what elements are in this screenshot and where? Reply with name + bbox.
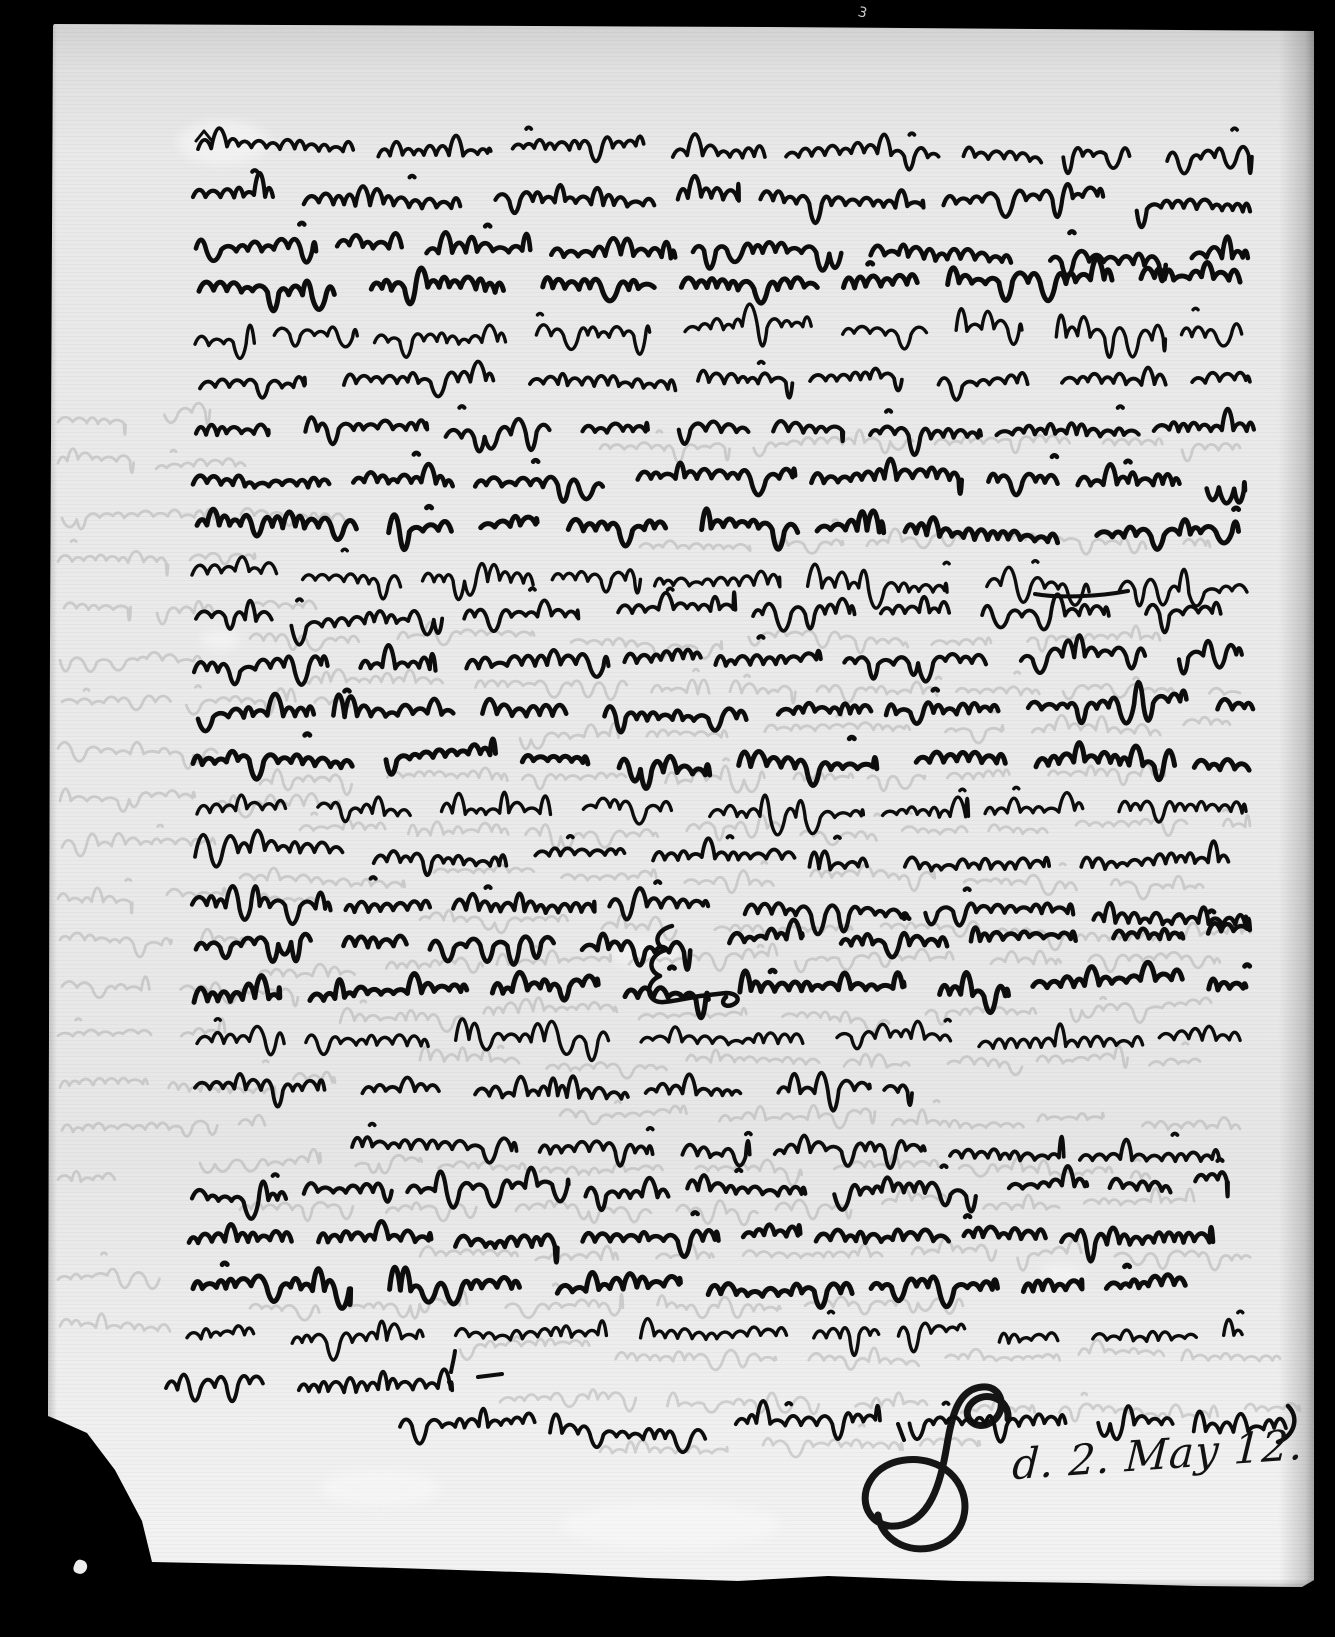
ghost-bleedthrough-line <box>560 1098 1240 1130</box>
ghost-bleedthrough-line <box>58 878 316 913</box>
handwriting-line <box>198 124 1252 174</box>
ghost-bleedthrough-line <box>240 859 1203 899</box>
ghost-bleedthrough-line <box>60 1313 170 1331</box>
ghost-bleedthrough-line <box>60 789 340 818</box>
handwriting-line <box>193 452 1245 505</box>
handwriting-line <box>166 1368 452 1402</box>
ghost-bleedthrough-line <box>58 1253 160 1289</box>
handwriting-line <box>193 1259 1185 1310</box>
ghost-bleedthrough-line <box>420 1043 1200 1079</box>
exclamation-dash-mark <box>449 1351 502 1384</box>
handwriting-line <box>193 734 1249 789</box>
ghost-bleedthrough-line <box>300 810 1250 850</box>
letter-page <box>48 24 1314 1590</box>
handwriting-line <box>195 1073 912 1111</box>
handwriting-line <box>187 1311 1243 1360</box>
ghost-bleedthrough-line <box>500 1387 1300 1424</box>
ghost-bleedthrough-line <box>58 1171 115 1181</box>
signature-tick <box>898 1424 904 1440</box>
handwriting-line <box>199 257 1241 312</box>
scanned-letter: d. 2. May 12. 3 <box>0 0 1335 1637</box>
ghost-bleedthrough-line <box>58 540 255 576</box>
film-frame-mark: 3 <box>856 4 869 22</box>
ghost-bleedthrough-line <box>58 403 210 435</box>
ghost-bleedthrough-line <box>62 824 215 856</box>
handwriting-line <box>200 358 1250 403</box>
ghost-bleedthrough-line <box>460 1336 1280 1372</box>
ghost-bleedthrough-line <box>58 1017 225 1038</box>
handwriting-line <box>352 1123 1220 1174</box>
handwriting-svg <box>0 0 1335 1637</box>
handwriting-line <box>198 682 1253 734</box>
ghost-bleedthrough-line <box>260 939 1220 981</box>
ghost-bleedthrough-line <box>60 652 202 672</box>
handwriting-line <box>193 170 1250 228</box>
ghost-bleedthrough-line <box>58 449 245 473</box>
ghost-bleedthrough-line <box>250 1284 963 1320</box>
ghost-bleedthrough-line <box>62 1115 265 1137</box>
paper-fragment-speck <box>72 1558 89 1576</box>
ghost-bleedthrough-line <box>64 600 316 625</box>
handwriting-line <box>197 784 1246 837</box>
handwriting-line <box>195 830 1229 882</box>
signature-paraph <box>865 1387 1008 1549</box>
handwriting-line <box>195 300 1242 366</box>
